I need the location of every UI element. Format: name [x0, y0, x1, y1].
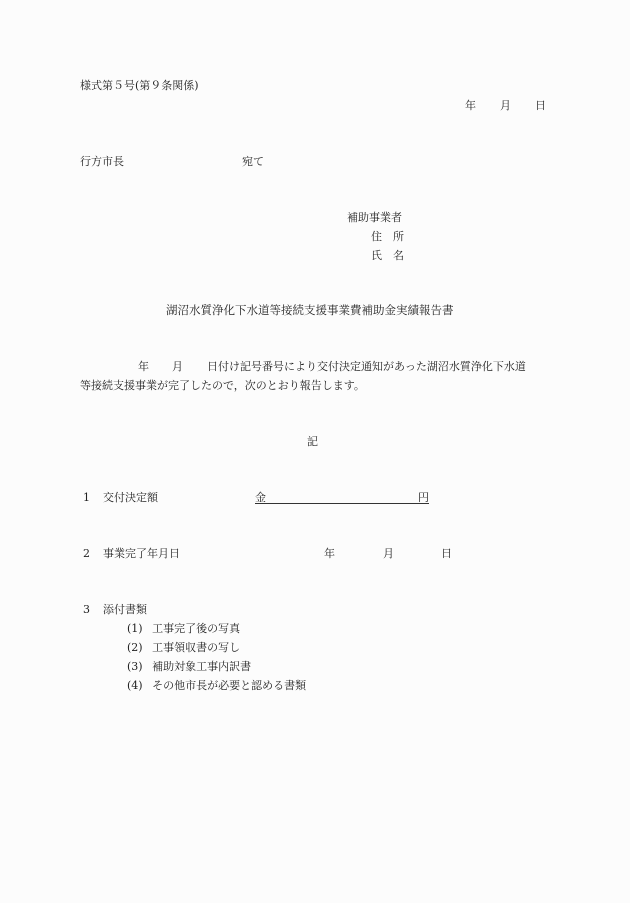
form-number: 様式第５号(第９条関係) — [80, 80, 199, 91]
item-1-label: 交付決定額 — [103, 492, 158, 503]
amount-prefix: 金 — [255, 492, 266, 503]
applicant-label: 補助事業者 — [347, 212, 402, 223]
attachment-text: 補助対象工事内訳書 — [152, 660, 251, 673]
attachment-text: 工事完了後の写真 — [152, 622, 240, 635]
addressee-suffix: 宛て — [242, 156, 264, 167]
completion-year-label: 年 — [324, 548, 335, 559]
note-heading: 記 — [307, 436, 318, 447]
attachment-item: (1) 工事完了後の写真 — [127, 623, 240, 634]
date-year-label: 年 — [465, 100, 476, 111]
applicant-name-label: 氏 名 — [371, 250, 404, 261]
amount-underline — [255, 503, 429, 504]
attachment-text: 工事領収書の写し — [152, 641, 240, 654]
attachment-index: (3) — [127, 660, 143, 673]
date-month-label: 月 — [500, 100, 511, 111]
item-2-label: 事業完了年月日 — [103, 548, 180, 559]
item-3-number: 3 — [83, 604, 90, 615]
attachment-item: (2) 工事領収書の写し — [127, 642, 240, 653]
applicant-address-label: 住 所 — [371, 231, 404, 242]
date-day-label: 日 — [535, 100, 546, 111]
item-2-number: 2 — [83, 548, 90, 559]
attachment-index: (1) — [127, 622, 143, 635]
item-1-number: 1 — [83, 492, 90, 503]
attachment-item: (3) 補助対象工事内訳書 — [127, 661, 251, 672]
completion-month-label: 月 — [383, 548, 394, 559]
attachment-index: (2) — [127, 641, 143, 654]
body-month-label: 月 — [172, 361, 183, 372]
item-3-label: 添付書類 — [103, 604, 147, 615]
body-line2: 等接続支援事業が完了したので，次のとおり報告します。 — [80, 380, 365, 391]
amount-suffix: 円 — [418, 492, 429, 503]
document-title: 湖沼水質浄化下水道等接続支援事業費補助金実績報告書 — [166, 305, 454, 317]
attachment-text: その他市長が必要と認める書類 — [152, 679, 306, 692]
body-line1: 日付け記号番号により交付決定通知があった湖沼水質浄化下水道 — [207, 361, 526, 372]
body-year-label: 年 — [138, 361, 149, 372]
attachment-item: (4) その他市長が必要と認める書類 — [127, 680, 306, 691]
attachment-index: (4) — [127, 679, 143, 692]
addressee-name: 行方市長 — [80, 156, 124, 167]
completion-day-label: 日 — [441, 548, 452, 559]
